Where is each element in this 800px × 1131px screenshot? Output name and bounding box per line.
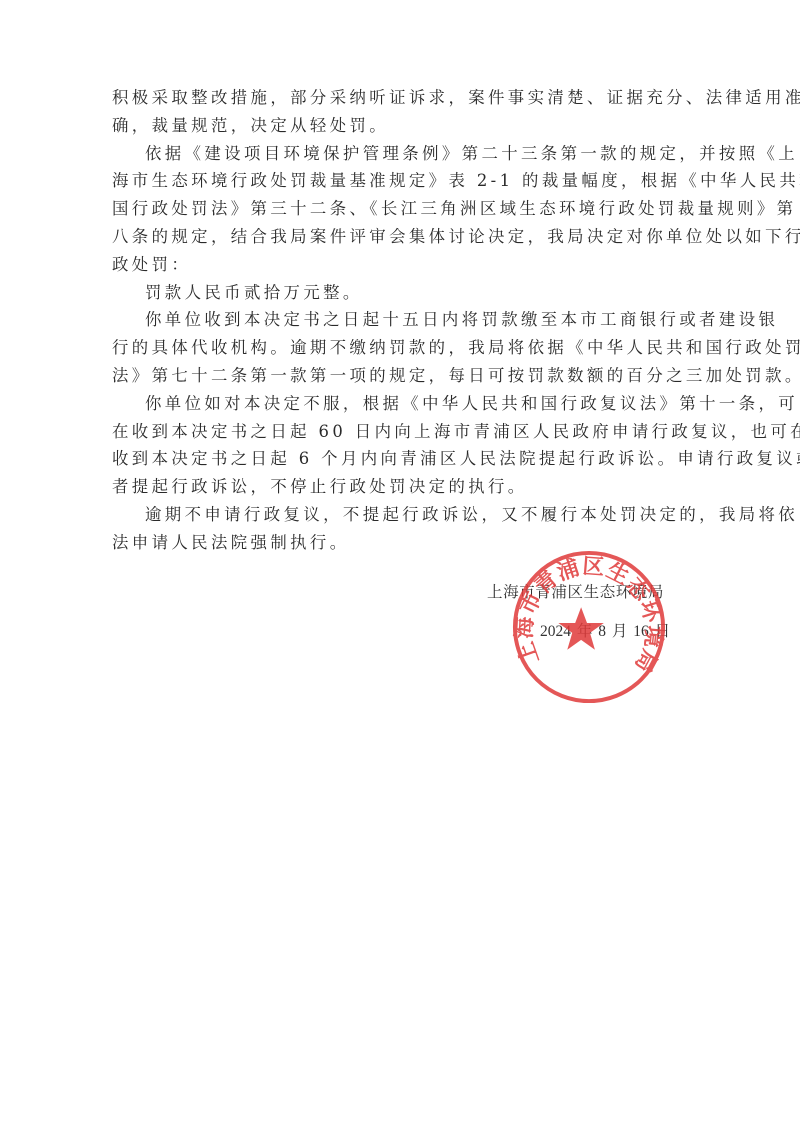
- paragraph-start-line: 你单位如对本决定不服，根据《中华人民共和国行政复议法》第十一条，可: [112, 390, 692, 418]
- document-body: 积极采取整改措施，部分采纳听证诉求，案件事实清楚、证据充分、法律适用准 确，裁量…: [112, 84, 692, 557]
- document-page: 积极采取整改措施，部分采纳听证诉求，案件事实清楚、证据充分、法律适用准 确，裁量…: [0, 0, 800, 1131]
- seal-text: 上海市青浦区生态环境局: [511, 554, 667, 677]
- signature-date: 2024 年 8 月 16 日: [540, 619, 670, 641]
- text-line: 者提起行政诉讼，不停止行政处罚决定的执行。: [112, 473, 692, 501]
- text-line: 法申请人民法院强制执行。: [112, 529, 692, 557]
- penalty-amount-line: 罚款人民币贰拾万元整。: [112, 279, 692, 307]
- paragraph-start-line: 你单位收到本决定书之日起十五日内将罚款缴至本市工商银行或者建设银: [112, 306, 692, 334]
- text-line: 确，裁量规范，决定从轻处罚。: [112, 112, 692, 140]
- paragraph-start-line: 逾期不申请行政复议，不提起行政诉讼，又不履行本处罚决定的，我局将依: [112, 501, 692, 529]
- text-line: 国行政处罚法》第三十二条、《长江三角洲区域生态环境行政处罚裁量规则》第: [112, 195, 692, 223]
- text-line: 政处罚：: [112, 251, 692, 279]
- text-line: 海市生态环境行政处罚裁量基准规定》表 2-1 的裁量幅度，根据《中华人民共和: [112, 167, 692, 195]
- text-line: 法》第七十二条第一款第一项的规定，每日可按罚款数额的百分之三加处罚款。: [112, 362, 692, 390]
- text-line: 收到本决定书之日起 6 个月内向青浦区人民法院提起行政诉讼。申请行政复议或: [112, 445, 692, 473]
- paragraph-start-line: 依据《建设项目环境保护管理条例》第二十三条第一款的规定，并按照《上: [112, 140, 692, 168]
- text-line: 在收到本决定书之日起 60 日内向上海市青浦区人民政府申请行政复议，也可在: [112, 418, 692, 446]
- text-line: 行的具体代收机构。逾期不缴纳罚款的，我局将依据《中华人民共和国行政处罚: [112, 334, 692, 362]
- svg-text:上海市青浦区生态环境局: 上海市青浦区生态环境局: [511, 554, 667, 677]
- text-line: 积极采取整改措施，部分采纳听证诉求，案件事实清楚、证据充分、法律适用准: [112, 84, 692, 112]
- signature-organization: 上海市青浦区生态环境局: [487, 580, 664, 602]
- text-line: 八条的规定，结合我局案件评审会集体讨论决定，我局决定对你单位处以如下行: [112, 223, 692, 251]
